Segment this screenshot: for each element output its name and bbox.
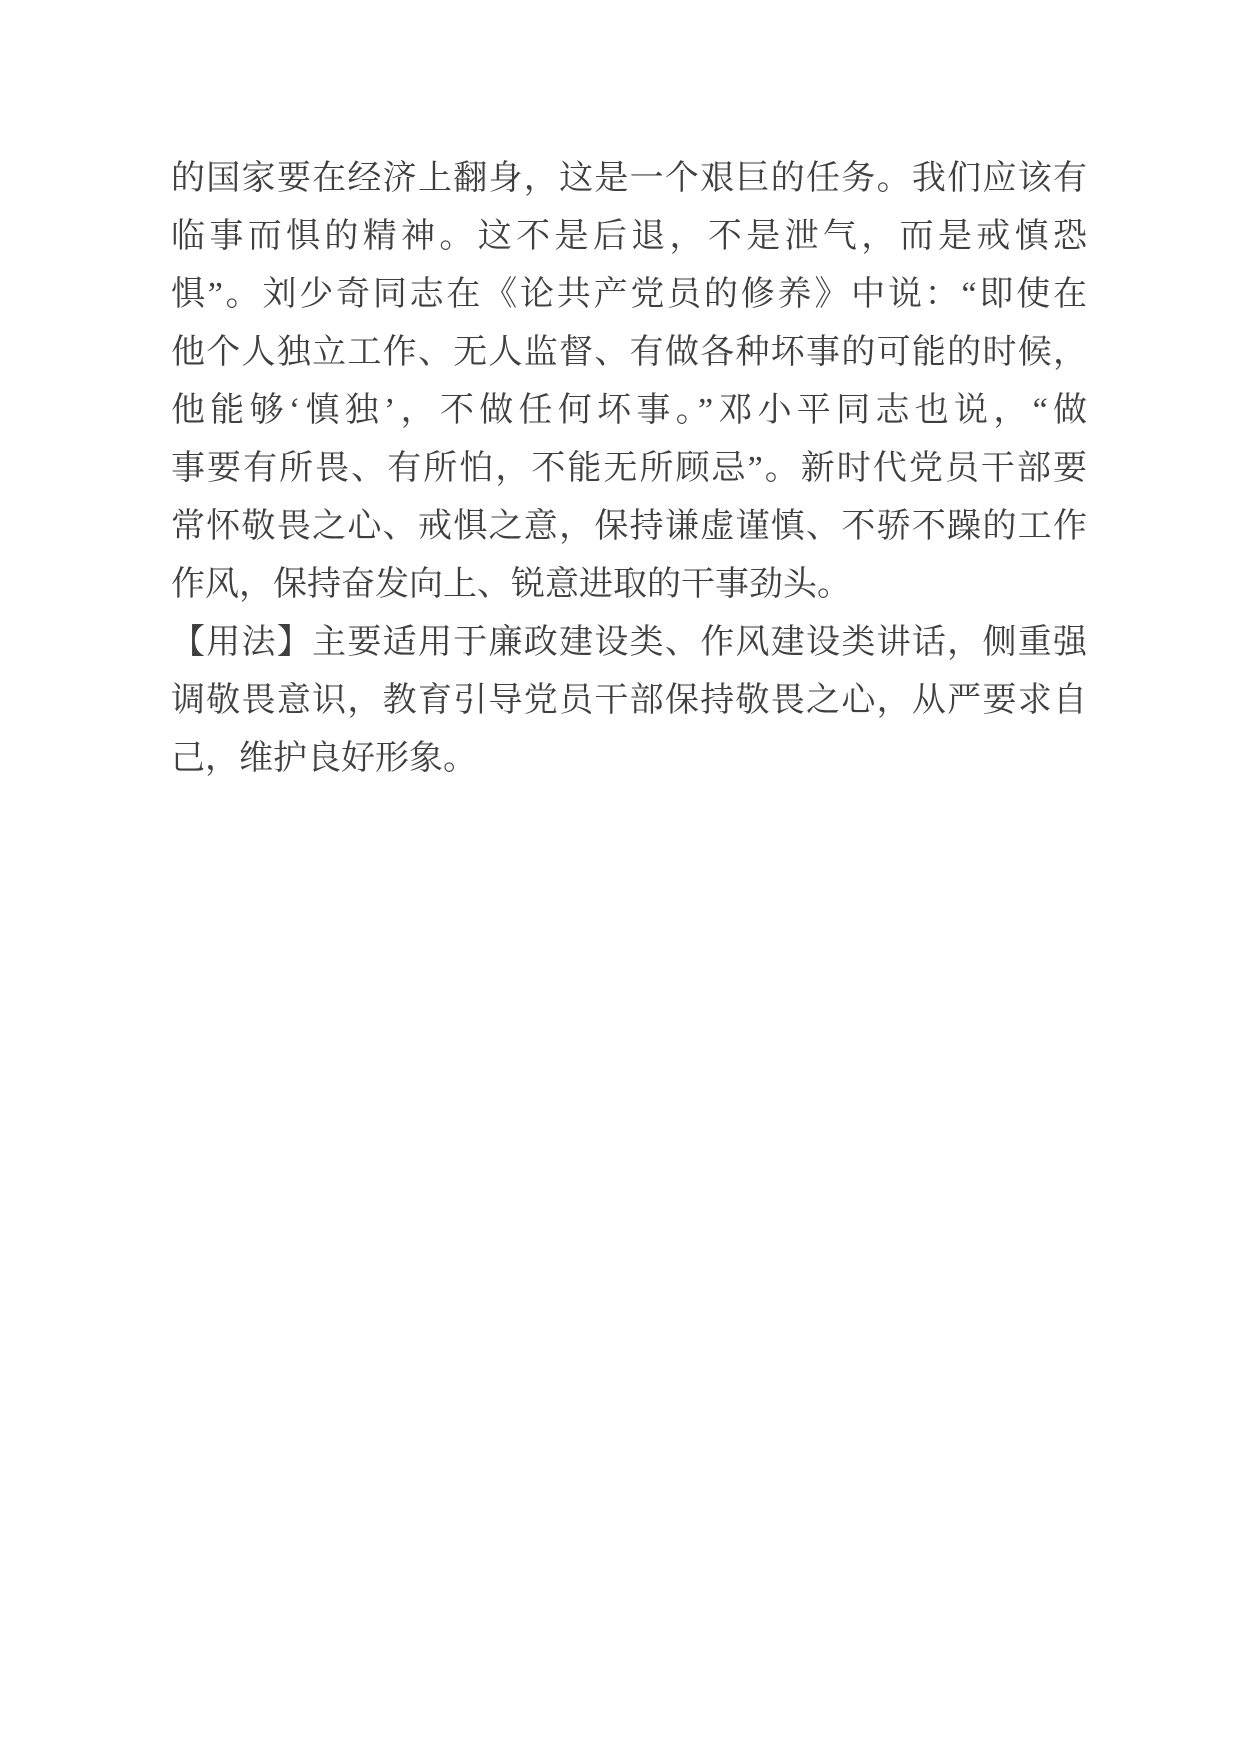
paragraph-usage-note: 【用法】主要适用于廉政建设类、作风建设类讲话，侧重强 调敬畏意识，教育引导党员干… xyxy=(171,614,1087,788)
text-line: 己，维护良好形象。 xyxy=(171,730,1087,788)
text-line: 临事而惧的精神。这不是后退，不是泄气，而是戒慎恐 xyxy=(171,208,1087,266)
text-line: 常怀敬畏之心、戒惧之意，保持谦虚谨慎、不骄不躁的工作 xyxy=(171,498,1087,556)
document-text-block: 的国家要在经济上翻身，这是一个艰巨的任务。我们应该有 临事而惧的精神。这不是后退… xyxy=(171,150,1087,788)
text-line: 事要有所畏、有所怕，不能无所顾忌”。新时代党员干部要 xyxy=(171,440,1087,498)
text-line: 他个人独立工作、无人监督、有做各种坏事的可能的时候， xyxy=(171,324,1087,382)
paragraph-body: 的国家要在经济上翻身，这是一个艰巨的任务。我们应该有 临事而惧的精神。这不是后退… xyxy=(171,150,1087,614)
document-page: 的国家要在经济上翻身，这是一个艰巨的任务。我们应该有 临事而惧的精神。这不是后退… xyxy=(0,0,1240,1753)
text-line: 的国家要在经济上翻身，这是一个艰巨的任务。我们应该有 xyxy=(171,150,1087,208)
text-line: 【用法】主要适用于廉政建设类、作风建设类讲话，侧重强 xyxy=(171,614,1087,672)
text-line: 他能够‘慎独’，不做任何坏事。”邓小平同志也说，“做 xyxy=(171,382,1087,440)
text-line: 调敬畏意识，教育引导党员干部保持敬畏之心，从严要求自 xyxy=(171,672,1087,730)
text-line: 作风，保持奋发向上、锐意进取的干事劲头。 xyxy=(171,556,1087,614)
text-line: 惧”。刘少奇同志在《论共产党员的修养》中说：“即使在 xyxy=(171,266,1087,324)
